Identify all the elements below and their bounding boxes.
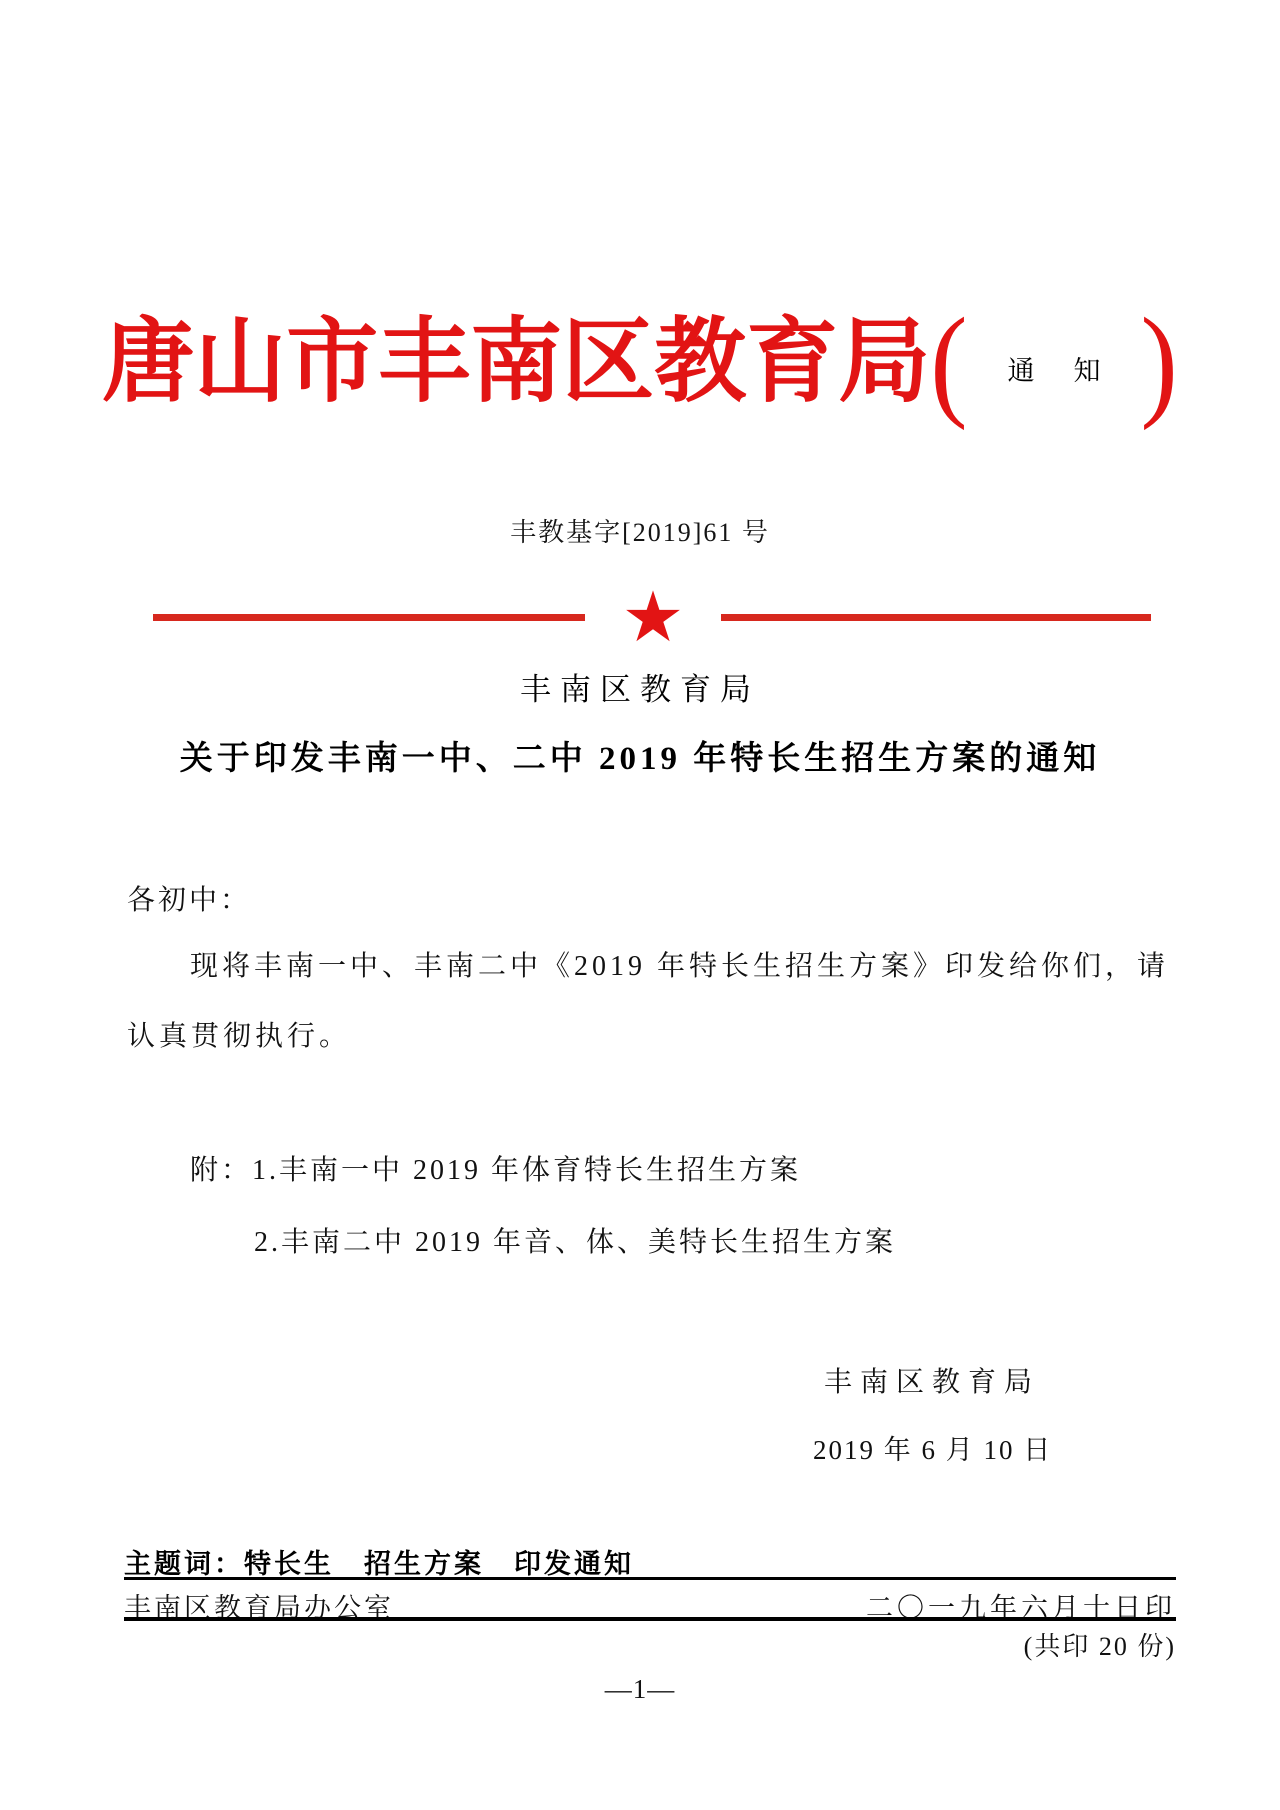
notice-title: 关于印发丰南一中、二中 2019 年特长生招生方案的通知 <box>0 732 1280 779</box>
copies-count: (共印 20 份) <box>124 1626 1176 1663</box>
page-number: —1— <box>0 1674 1280 1705</box>
signature-date: 2019 年 6 月 10 日 <box>813 1428 1052 1467</box>
footer-rule-bottom <box>124 1617 1176 1621</box>
red-divider: ★ <box>153 584 1151 650</box>
signature-org: 丰南区教育局 <box>824 1360 1040 1400</box>
divider-line-left <box>153 614 585 621</box>
body-paragraph-line1: 现将丰南一中、丰南二中《2019 年特长生招生方案》印发给你们，请 <box>190 944 1169 984</box>
body-paragraph-line2: 认真贯彻执行。 <box>127 1014 351 1054</box>
attachment-item-1: 附：1.丰南一中 2019 年体育特长生招生方案 <box>190 1148 801 1188</box>
attachment-item-2: 2.丰南二中 2019 年音、体、美特长生招生方案 <box>254 1220 896 1260</box>
divider-line-right <box>721 614 1151 621</box>
doc-type-label: 通 知 <box>1008 358 1107 385</box>
doc-number: 丰教基字[2019]61 号 <box>0 512 1280 549</box>
star-icon: ★ <box>622 584 685 650</box>
paren-open: ( <box>930 299 967 424</box>
footer-rule-top <box>124 1577 1176 1580</box>
paren-close: ) <box>1141 299 1178 424</box>
issuer-title: 丰南区教育局 <box>0 664 1280 709</box>
keywords-line: 主题词：特长生 招生方案 印发通知 <box>124 1542 1176 1581</box>
letterhead: 唐山市丰南区教育局(通 知) <box>0 292 1280 432</box>
agency-name: 唐山市丰南区教育局 <box>102 316 930 408</box>
salutation: 各初中： <box>127 878 251 918</box>
